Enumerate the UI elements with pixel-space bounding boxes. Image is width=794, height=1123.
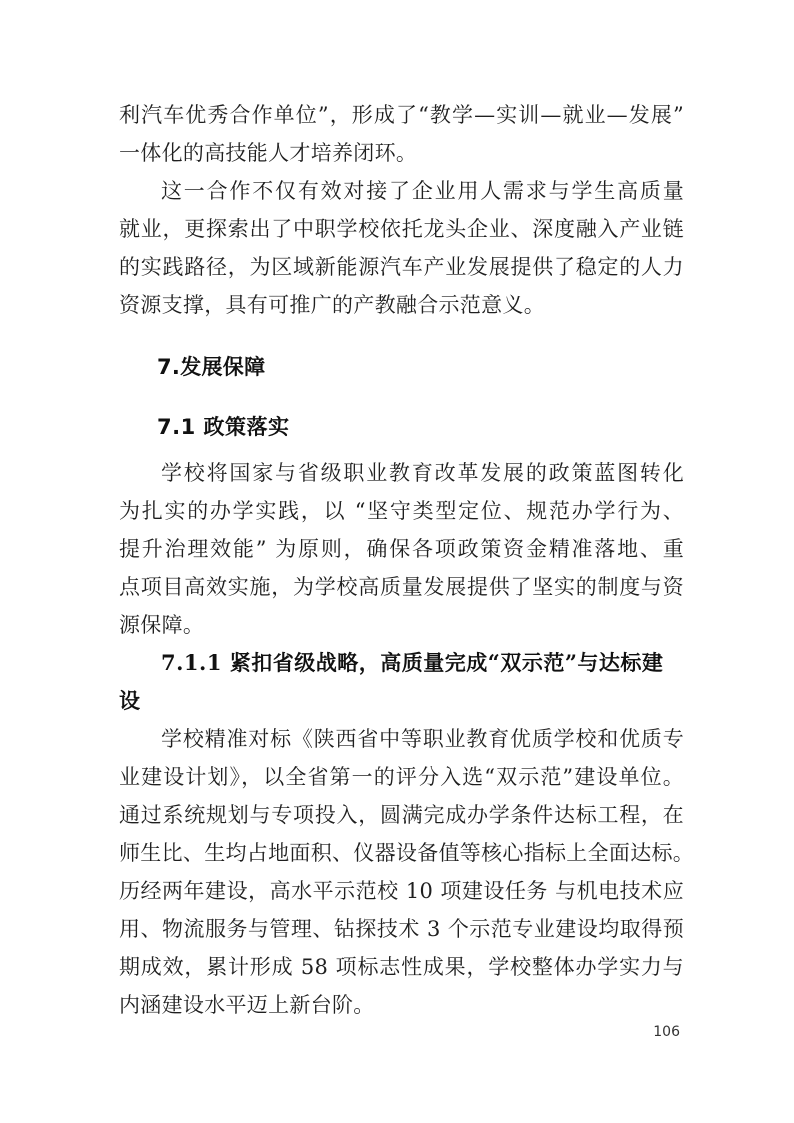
text-line: 学校将国家与省级职业教育改革发展的政策蓝图转化 xyxy=(119,454,684,492)
text-line: 一体化的高技能人才培养闭环。 xyxy=(119,134,684,172)
text-line: 点项目高效实施，为学校高质量发展提供了坚实的制度与资 xyxy=(119,568,684,606)
text-line: 内涵建设水平迈上新台阶。 xyxy=(119,986,684,1024)
text-line: 资源支撑，具有可推广的产教融合示范意义。 xyxy=(119,286,684,324)
text-line: 7.1.1 紧扣省级战略，高质量完成“双示范”与达标建 xyxy=(119,644,684,682)
text-line: 为扎实的办学实践，以 “坚守类型定位、规范办学行为、 xyxy=(119,492,684,530)
subsection-heading: 7.1.1 紧扣省级战略，高质量完成“双示范”与达标建 设 xyxy=(119,644,684,720)
text-line: 提升治理效能” 为原则，确保各项政策资金精准落地、重 xyxy=(119,530,684,568)
text-line: 这一合作不仅有效对接了企业用人需求与学生高质量 xyxy=(119,172,684,210)
section-heading: 7.1 政策落实 xyxy=(119,408,684,446)
text-line: 利汽车优秀合作单位”，形成了“教学—实训—就业—发展” xyxy=(119,96,684,134)
paragraph: 这一合作不仅有效对接了企业用人需求与学生高质量 就业，更探索出了中职学校依托龙头… xyxy=(119,172,684,324)
text-line: 历经两年建设，高水平示范校 10 项建设任务 与机电技术应 xyxy=(119,872,684,910)
text-line: 期成效，累计形成 58 项标志性成果，学校整体办学实力与 xyxy=(119,948,684,986)
text-line: 用、物流服务与管理、钻探技术 3 个示范专业建设均取得预 xyxy=(119,910,684,948)
paragraph: 学校精准对标《陕西省中等职业教育优质学校和优质专 业建设计划》，以全省第一的评分… xyxy=(119,720,684,1024)
page-number: 106 xyxy=(653,1022,680,1042)
paragraph: 学校将国家与省级职业教育改革发展的政策蓝图转化 为扎实的办学实践，以 “坚守类型… xyxy=(119,454,684,644)
text-line: 源保障。 xyxy=(119,606,684,644)
text-line: 的实践路径，为区域新能源汽车产业发展提供了稳定的人力 xyxy=(119,248,684,286)
document-page: 利汽车优秀合作单位”，形成了“教学—实训—就业—发展” 一体化的高技能人才培养闭… xyxy=(0,0,794,1123)
document-content: 利汽车优秀合作单位”，形成了“教学—实训—就业—发展” 一体化的高技能人才培养闭… xyxy=(119,96,684,1024)
text-line: 就业，更探索出了中职学校依托龙头企业、深度融入产业链 xyxy=(119,210,684,248)
text-line: 师生比、生均占地面积、仪器设备值等核心指标上全面达标。 xyxy=(119,834,684,872)
paragraph: 利汽车优秀合作单位”，形成了“教学—实训—就业—发展” 一体化的高技能人才培养闭… xyxy=(119,96,684,172)
text-line: 设 xyxy=(119,682,684,720)
chapter-heading: 7.发展保障 xyxy=(119,348,684,386)
text-line: 通过系统规划与专项投入，圆满完成办学条件达标工程，在 xyxy=(119,796,684,834)
text-line: 学校精准对标《陕西省中等职业教育优质学校和优质专 xyxy=(119,720,684,758)
text-line: 业建设计划》，以全省第一的评分入选“双示范”建设单位。 xyxy=(119,758,684,796)
